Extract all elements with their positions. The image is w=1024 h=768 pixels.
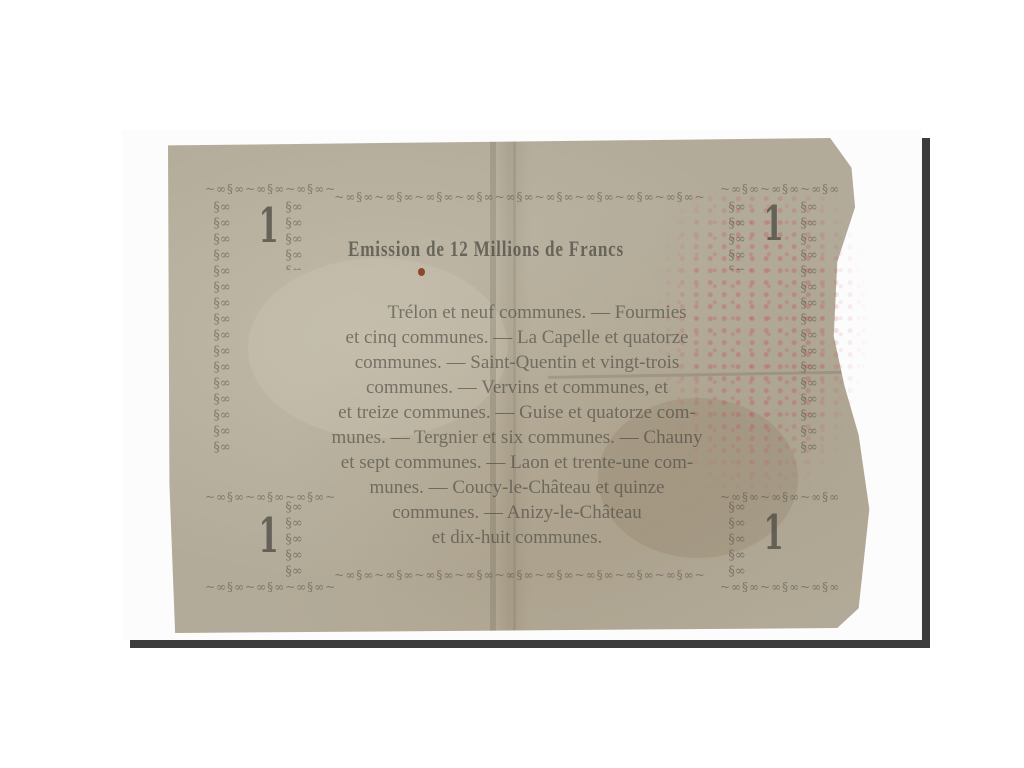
denomination-top-right: 1 [764,196,784,252]
body-line: et sept communes. — Laon et trente-une c… [262,450,772,475]
body-line: communes. — Saint-Quentin et vingt-trois [262,350,772,375]
body-line: et treize communes. — Guise et quatorze … [262,400,772,425]
denomination-top-left: 1 [259,198,279,254]
body-line: et cinq communes. — La Capelle et quator… [262,325,772,350]
body-line: Trélon et neuf communes. — Fourmies [262,300,772,325]
body-line: communes. — Vervins et communes, et [262,375,772,400]
body-line: communes. — Anizy-le-Château [262,500,772,525]
left-inner-ornament-column: §∞§∞§∞§∞§∞§∞§∞§∞§∞§∞§∞§∞§∞§∞§∞§∞ [285,200,303,270]
body-line: et dix-huit communes. [262,525,772,550]
bottom-ornament-left: ~∞§∞~∞§∞~∞§∞~∞§∞~∞§∞~∞§∞~∞§∞~∞§∞~∞§∞~ [205,580,335,594]
top-ornament-center: ~∞§∞~∞§∞~∞§∞~∞§∞~∞§∞~∞§∞~∞§∞~∞§∞~∞§∞~ [330,190,710,204]
top-ornament-left: ~∞§∞~∞§∞~∞§∞~∞§∞~∞§∞~∞§∞~∞§∞~∞§∞~∞§∞~ [205,182,335,196]
right-ornament-column: §∞§∞§∞§∞§∞§∞§∞§∞§∞§∞§∞§∞§∞§∞§∞§∞ [800,200,818,580]
top-ornament-right: ~∞§∞~∞§∞~∞§∞~∞§∞~∞§∞~∞§∞~∞§∞~∞§∞~∞§∞~ [720,182,840,196]
commune-list: Trélon et neuf communes. — Fourmies et c… [262,300,772,550]
note-title: Emission de 12 Millions de Francs [330,236,642,262]
bottom-ornament-right: ~∞§∞~∞§∞~∞§∞~∞§∞~∞§∞~∞§∞~∞§∞~∞§∞~∞§∞~ [720,580,840,594]
left-ornament-column: §∞§∞§∞§∞§∞§∞§∞§∞§∞§∞§∞§∞§∞§∞§∞§∞ [213,200,231,580]
bottom-ornament-center: ~∞§∞~∞§∞~∞§∞~∞§∞~∞§∞~∞§∞~∞§∞~∞§∞~∞§∞~ [330,568,710,582]
body-line: munes. — Tergnier et six communes. — Cha… [262,425,772,450]
body-line: munes. — Coucy-le-Château et quinze [262,475,772,500]
right-inner-ornament-column: §∞§∞§∞§∞§∞§∞§∞§∞§∞§∞§∞§∞§∞§∞§∞§∞ [728,200,746,270]
rust-spot [418,268,425,276]
